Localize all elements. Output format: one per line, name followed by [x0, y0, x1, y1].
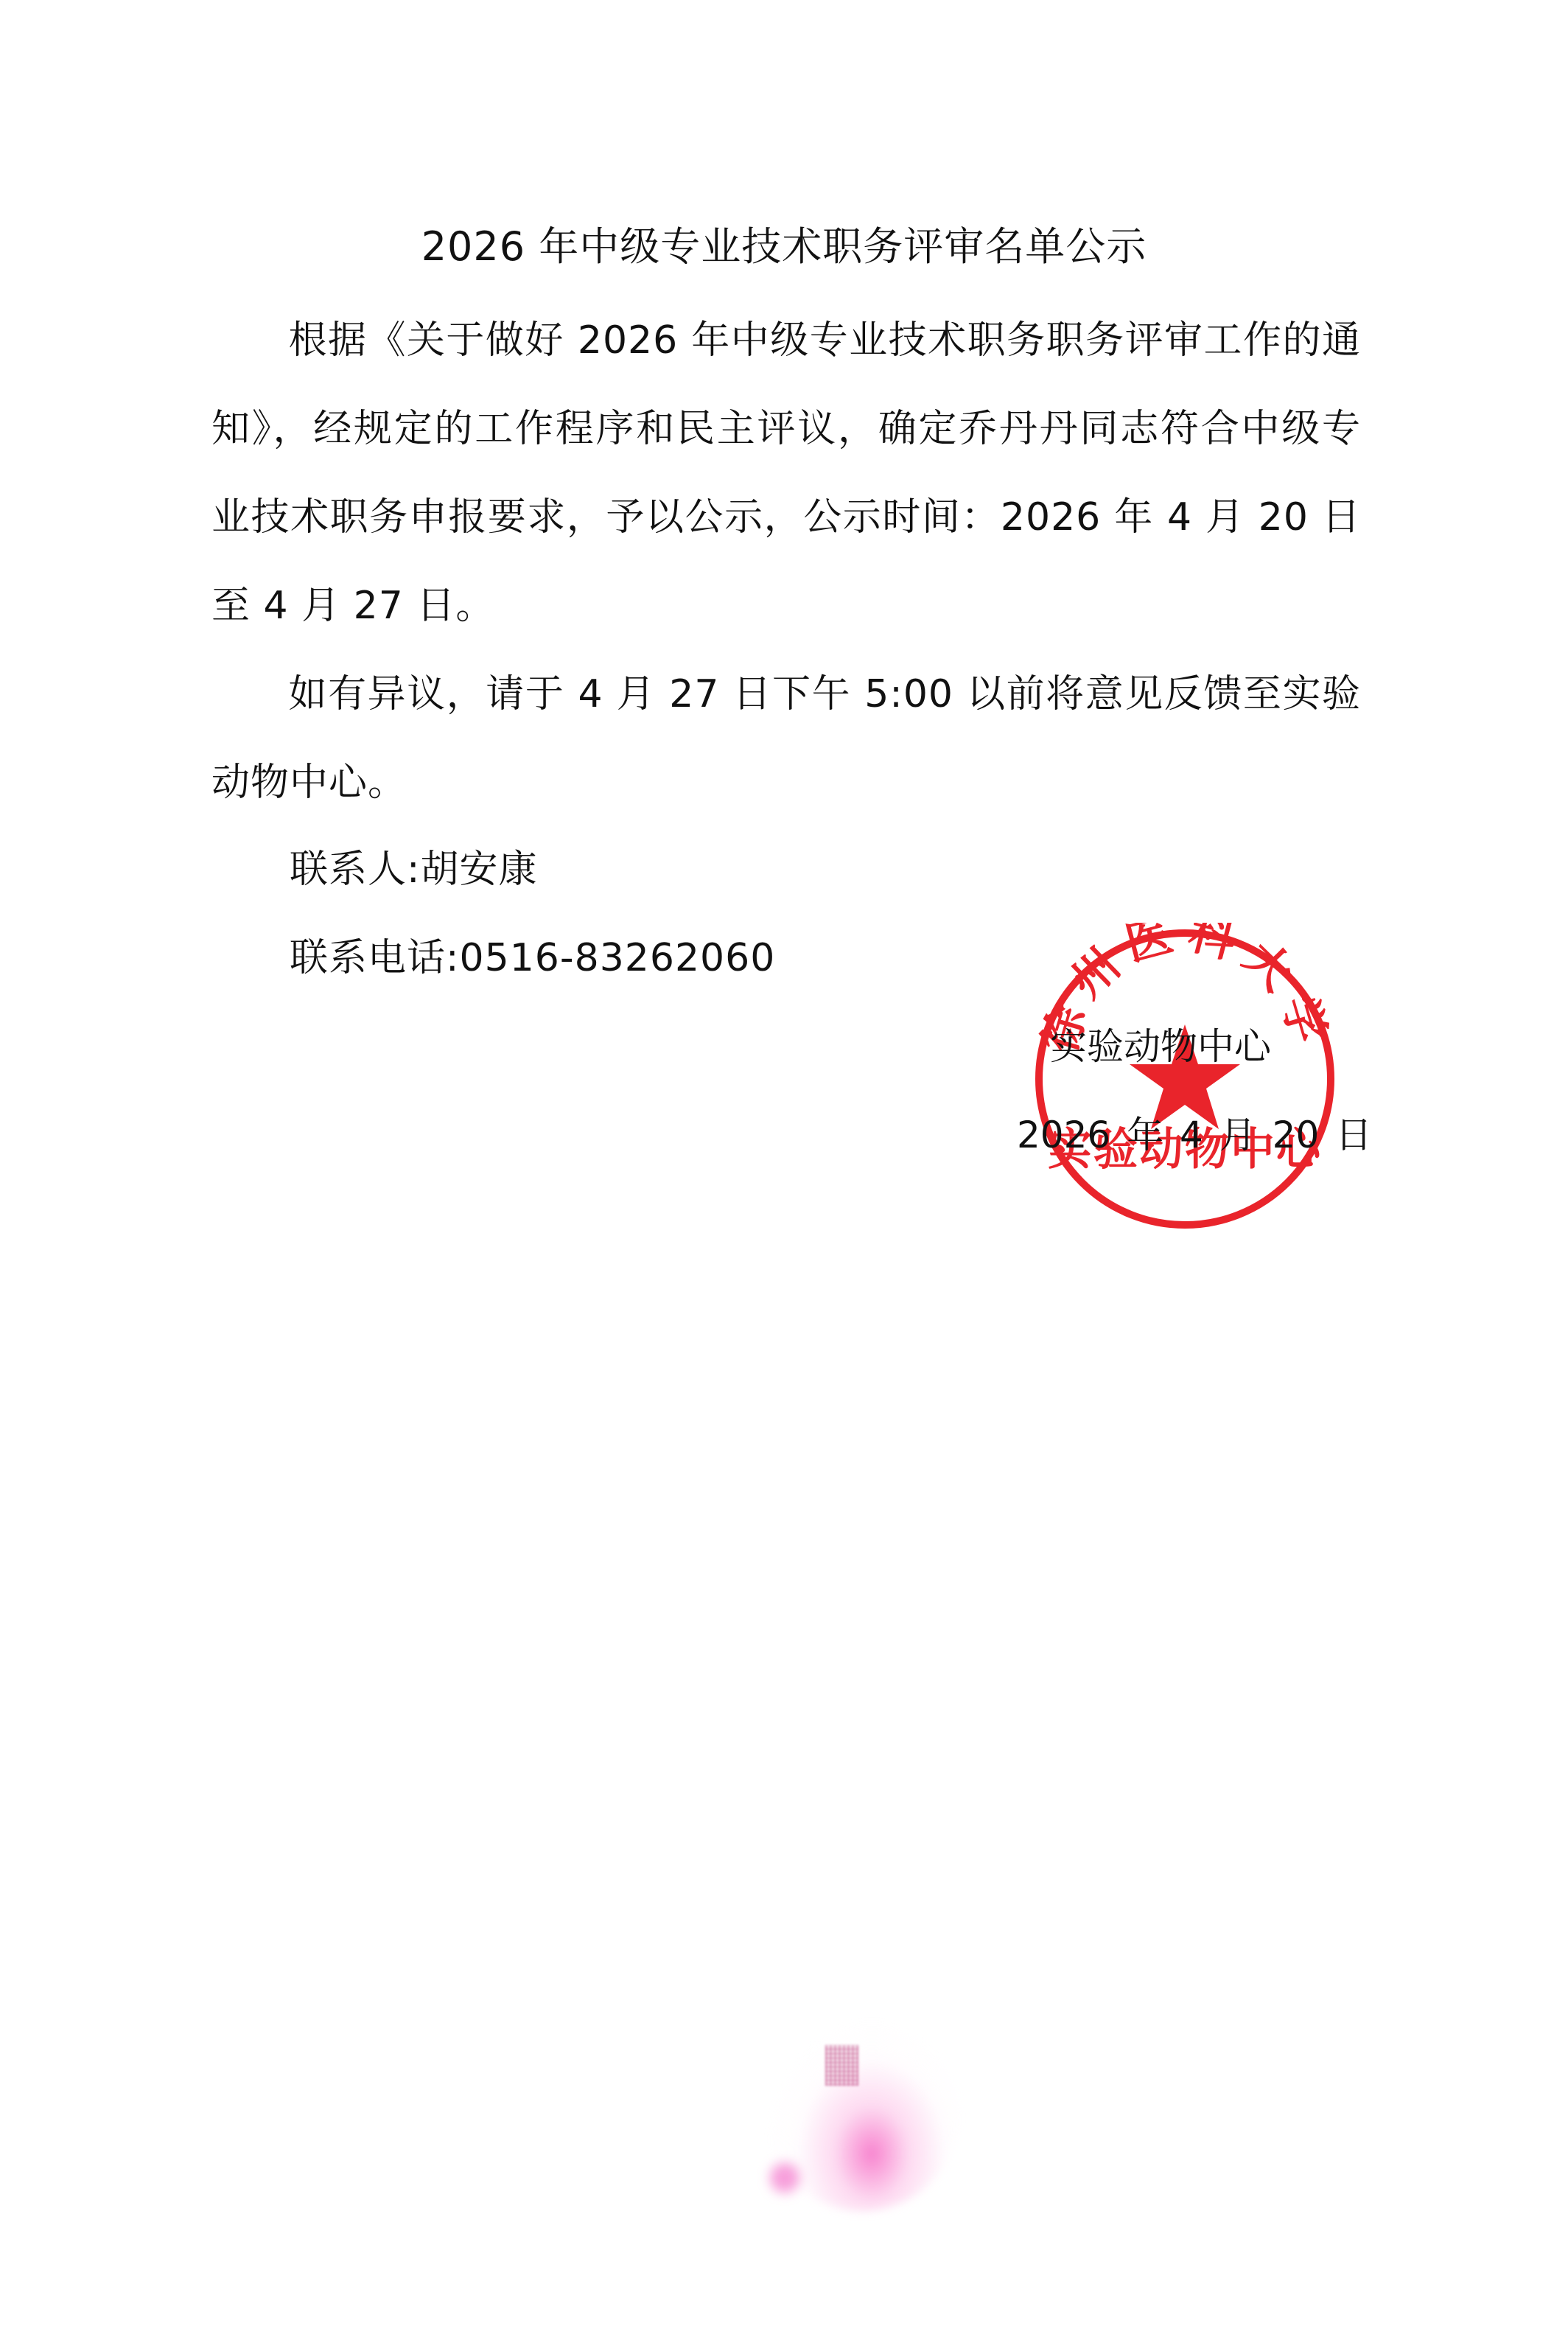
paragraph-text: 如有异议，请于 4 月 27 日下午 5:00 以前将意见反馈至实验动物中心。 [211, 672, 1361, 805]
body-paragraph-2: 如有异议，请于 4 月 27 日下午 5:00 以前将意见反馈至实验动物中心。 [211, 650, 1361, 827]
official-seal-stamp: 徐州医科大学 实验动物中心 [1030, 923, 1340, 1232]
signature-organization: 实验动物中心 [1050, 1023, 1271, 1070]
contact-person: 联系人:胡安康 [290, 844, 538, 895]
contact-phone: 联系电话:0516-83262060 [290, 932, 775, 984]
document-title: 2026 年中级专业技术职务评审名单公示 [0, 221, 1568, 273]
paragraph-text: 根据《关于做好 2026 年中级专业技术职务职务评审工作的通知》，经规定的工作程… [211, 318, 1361, 628]
blurred-watermark-pattern [825, 2045, 858, 2086]
blurred-watermark-corner [770, 2163, 799, 2193]
body-paragraph-1: 根据《关于做好 2026 年中级专业技术职务职务评审工作的通知》，经规定的工作程… [211, 296, 1361, 650]
signature-date: 2026 年 4 月 20 日 [1017, 1111, 1372, 1159]
